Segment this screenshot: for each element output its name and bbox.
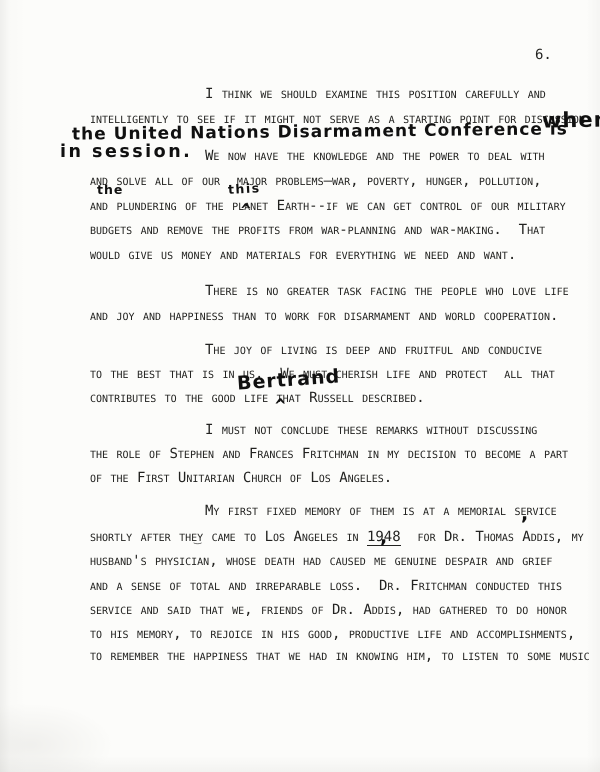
typed-line: I must not conclude these remarks withou…	[205, 422, 537, 438]
typed-line: and a sense of total and irreparable los…	[90, 578, 562, 594]
handwritten-comma: ,	[380, 528, 387, 547]
handwritten-word-the: the	[97, 184, 123, 197]
caret-mark: ^	[240, 202, 252, 220]
typed-line: husband's physician, whose death had cau…	[90, 553, 552, 569]
handwritten-comma: ,	[521, 505, 528, 524]
typed-line: There is no greater task facing the peop…	[205, 283, 569, 299]
typed-line: to remember the happiness that we had in…	[90, 648, 590, 664]
page-number: 6.	[535, 47, 552, 63]
typed-line: and plundering of the planet Earth--if w…	[90, 198, 566, 214]
typed-line: We now have the knowledge and the power …	[205, 148, 545, 164]
typed-segment: for Dr. Thomas Addis, my	[401, 529, 584, 545]
typed-line: would give us money and materials for ev…	[90, 247, 516, 263]
handwritten-word-this: this	[228, 182, 261, 196]
typed-line-with-year: shortly after they came to Los Angeles i…	[90, 529, 584, 545]
typed-line: My first fixed memory of them is at a me…	[205, 503, 557, 519]
typewritten-page: 6. I think we should examine this positi…	[0, 0, 600, 772]
typed-line: the role of Stephen and Frances Fritchma…	[90, 446, 568, 462]
typed-line: service and said that we, friends of Dr.…	[90, 602, 567, 618]
typed-line: to his memory, to rejoice in his good, p…	[90, 626, 575, 642]
typed-line: budgets and remove the profits from war-…	[90, 222, 545, 238]
handwritten-insertion-line: the United Nations Disarmament Conferenc…	[72, 121, 568, 143]
typed-line: and joy and happiness than to work for d…	[90, 308, 558, 324]
typed-segment: shortly after they came to Los Angeles i…	[90, 529, 367, 545]
typed-line: The joy of living is deep and fruitful a…	[205, 342, 542, 358]
caret-mark: ^	[274, 397, 287, 417]
typed-line: I think we should examine this position …	[205, 86, 546, 102]
typed-line: and solve all of our major problems—war,…	[90, 173, 542, 189]
stray-mark: ‿	[194, 536, 201, 545]
handwritten-insertion-line: in session.	[60, 144, 192, 162]
typed-line: of the First Unitarian Church of Los Ang…	[90, 470, 392, 486]
